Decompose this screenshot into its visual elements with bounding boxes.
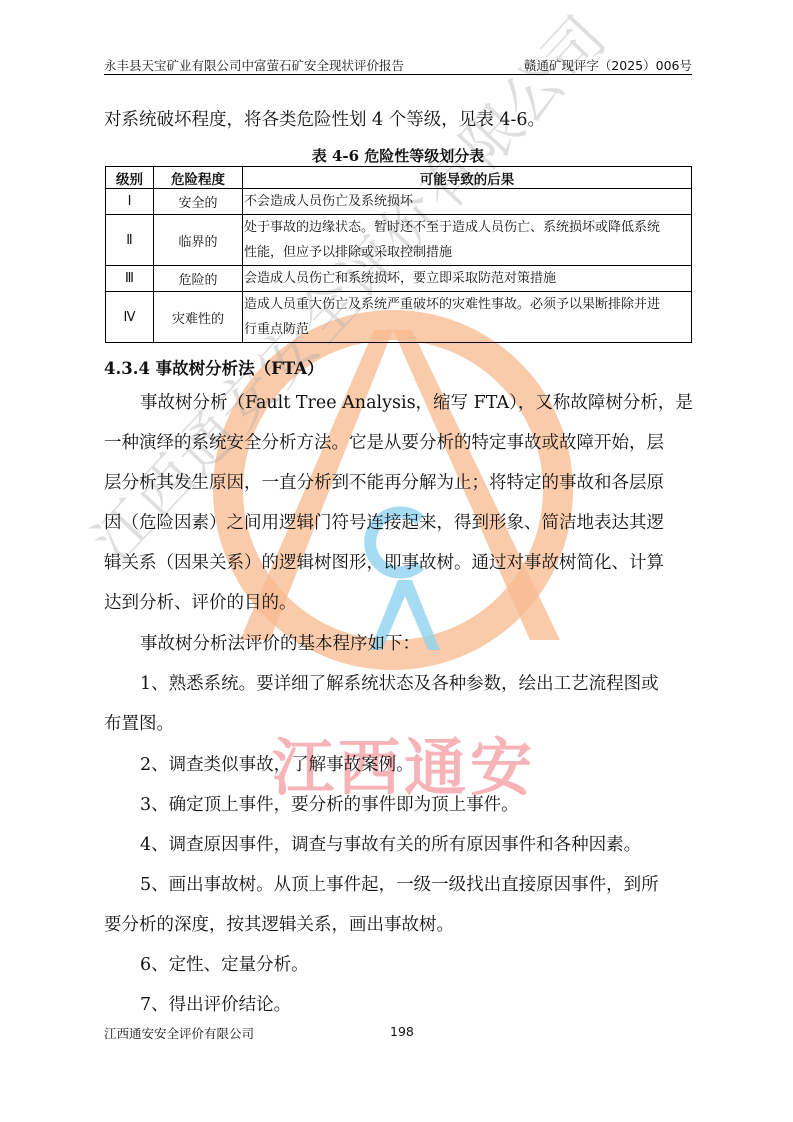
table-row: Ⅱ 临界的 处于事故的边缘状态。暂时还不至于造成人员伤亡、系统损坏或降低系统性能… xyxy=(106,215,692,266)
cell-level: Ⅰ xyxy=(106,189,154,215)
table-header-row: 级别 危险程度 可能导致的后果 xyxy=(106,167,692,189)
step-5: 5、画出事故树。从顶上事件起，一级一级找出直接原因事件，到所 xyxy=(140,875,730,895)
cell-consequence: 会造成人员伤亡和系统损坏，要立即采取防范对策措施 xyxy=(243,266,692,292)
cell-consequence: 处于事故的边缘状态。暂时还不至于造成人员伤亡、系统损坏或降低系统性能，但应予以排… xyxy=(243,215,692,266)
cell-degree: 危险的 xyxy=(154,266,243,292)
cell-level: Ⅲ xyxy=(106,266,154,292)
table-row: Ⅰ 安全的 不会造成人员伤亡及系统损坏 xyxy=(106,189,692,215)
step-3: 3、确定顶上事件，要分析的事件即为顶上事件。 xyxy=(140,795,730,815)
cell-degree: 临界的 xyxy=(154,215,243,266)
page-number: 198 xyxy=(390,1024,414,1039)
intro-line: 对系统破坏程度，将各类危险性划 4 个等级，见表 4-6。 xyxy=(104,110,694,130)
step-7: 7、得出评价结论。 xyxy=(140,995,730,1015)
cell-degree: 灾难性的 xyxy=(154,292,243,343)
table-caption: 表 4-6 危险性等级划分表 xyxy=(104,145,692,166)
col-header-level: 级别 xyxy=(106,167,154,189)
step-4: 4、调查原因事件，调查与事故有关的所有原因事件和各种因素。 xyxy=(140,835,730,855)
paragraph-line: 层分析其发生原因，一直分析到不能再分解为止；将特定的事故和各层原 xyxy=(104,473,694,493)
step-1-cont: 布置图。 xyxy=(104,714,694,734)
report-number: 赣通矿现评字（2025）006号 xyxy=(524,56,692,74)
paragraph-line: 因（危险因素）之间用逻辑门符号连接起来，得到形象、简洁地表达其逻 xyxy=(104,513,694,533)
col-header-consequence: 可能导致的后果 xyxy=(243,167,692,189)
step-2: 2、调查类似事故，了解事故案例。 xyxy=(140,755,730,775)
page-header: 永丰县天宝矿业有限公司中富萤石矿安全现状评价报告 赣通矿现评字（2025）006… xyxy=(104,56,692,75)
paragraph-line: 事故树分析（Fault Tree Analysis，缩写 FTA），又称故障树分… xyxy=(140,393,730,413)
hazard-grade-table: 级别 危险程度 可能导致的后果 Ⅰ 安全的 不会造成人员伤亡及系统损坏 Ⅱ 临界… xyxy=(105,166,692,343)
step-6: 6、定性、定量分析。 xyxy=(140,955,730,975)
footer-company: 江西通安安全评价有限公司 xyxy=(104,1024,254,1042)
table-row: Ⅳ 灾难性的 造成人员重大伤亡及系统严重破坏的灾难性事故。必须予以果断排除并进行… xyxy=(106,292,692,343)
paragraph-line: 一种演绎的系统安全分析方法。它是从要分析的特定事故或故障开始，层 xyxy=(104,433,694,453)
procedure-intro: 事故树分析法评价的基本程序如下： xyxy=(140,634,730,654)
document-page: 江西通安安全评价有限公司 江西通安 永丰县天宝矿业有限公司中富萤石矿安全现状评价… xyxy=(0,0,793,1122)
col-header-degree: 危险程度 xyxy=(154,167,243,189)
cell-consequence: 不会造成人员伤亡及系统损坏 xyxy=(243,189,692,215)
section-heading: 4.3.4 事故树分析法（FTA） xyxy=(104,355,324,379)
step-5-cont: 要分析的深度，按其逻辑关系，画出事故树。 xyxy=(104,915,694,935)
cell-level: Ⅳ xyxy=(106,292,154,343)
cell-consequence: 造成人员重大伤亡及系统严重破坏的灾难性事故。必须予以果断排除并进行重点防范 xyxy=(243,292,692,343)
paragraph-line: 辑关系（因果关系）的逻辑树图形，即事故树。通过对事故树简化、计算 xyxy=(104,553,694,573)
cell-degree: 安全的 xyxy=(154,189,243,215)
step-1: 1、熟悉系统。要详细了解系统状态及各种参数，绘出工艺流程图或 xyxy=(140,674,730,694)
paragraph-line: 达到分析、评价的目的。 xyxy=(104,593,694,613)
cell-level: Ⅱ xyxy=(106,215,154,266)
table-row: Ⅲ 危险的 会造成人员伤亡和系统损坏，要立即采取防范对策措施 xyxy=(106,266,692,292)
report-title: 永丰县天宝矿业有限公司中富萤石矿安全现状评价报告 xyxy=(104,56,404,74)
